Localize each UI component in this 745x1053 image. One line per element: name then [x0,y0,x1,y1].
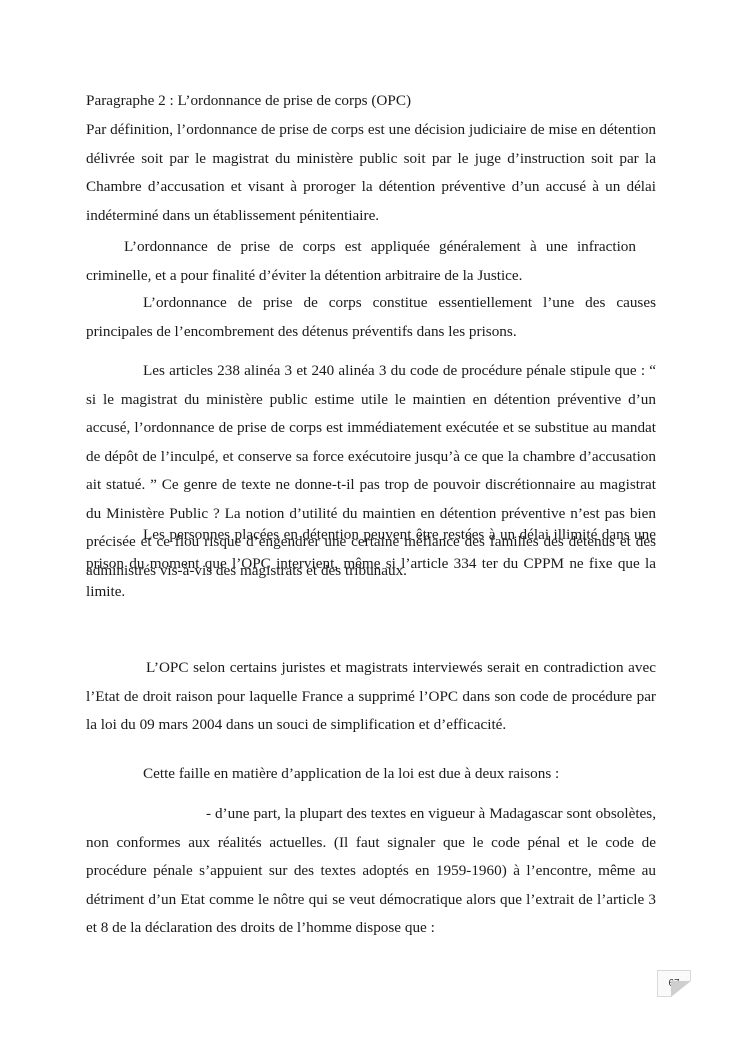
paragraph-application: L’ordonnance de prise de corps est appli… [86,233,636,290]
paragraph-raisons: Cette faille en matière d’application de… [86,760,656,789]
list-item-raison-1: - d’une part, la plupart des textes en v… [86,800,656,943]
paragraph-contradiction: L’OPC selon certains juristes et magistr… [86,654,656,740]
page-curl-icon [671,981,691,997]
paragraph-definition: Par définition, l’ordonnance de prise de… [86,116,656,230]
paragraph-encombrement: L’ordonnance de prise de corps constitue… [86,289,656,346]
page-number-badge: 67 [657,970,691,997]
section-heading: Paragraphe 2 : L’ordonnance de prise de … [86,90,411,112]
paragraph-delai: Les personnes placées en détention peuve… [86,521,656,607]
document-page: Paragraphe 2 : L’ordonnance de prise de … [0,0,745,1053]
